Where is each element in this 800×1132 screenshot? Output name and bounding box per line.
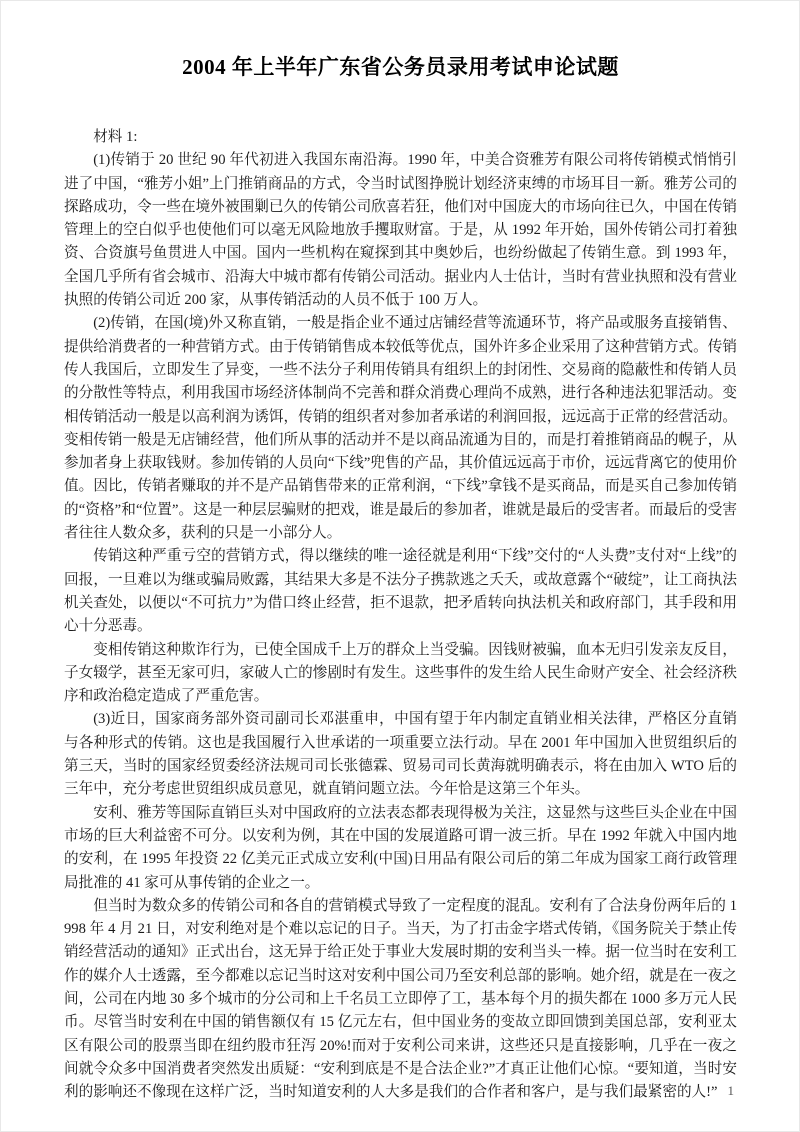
material-paragraph-1: (1)传销于 20 世纪 90 年代初进入我国东南沿海。1990 年，中美合资雅… [64,149,737,312]
document-content: 2004 年上半年广东省公务员录用考试申论试题 材料 1: (1)传销于 20 … [0,52,800,1104]
material-paragraph-3: 传销这种严重亏空的营销方式，得以继续的唯一途径就是利用“下线”交付的“人头费”支… [64,545,737,638]
page-number: 1 [728,1083,735,1099]
material-paragraph-4: 变相传销这种欺诈行为，已使全国成千上万的群众上当受骗。因钱财被骗，血本无归引发亲… [64,639,737,709]
material-paragraph-6: 安利、雅芳等国际直销巨头对中国政府的立法表态都表现得极为关注，这显然与这些巨头企… [64,802,737,895]
material-1-label: 材料 1: [64,126,737,149]
material-paragraph-5: (3)近日，国家商务部外资司副司长邓湛重申，中国有望于年内制定直销业相关法律，严… [64,708,737,801]
document-title: 2004 年上半年广东省公务员录用考试申论试题 [64,52,737,82]
material-paragraph-7: 但当时为数众多的传销公司和各自的营销模式导致了一定程度的混乱。安利有了合法身份两… [64,895,737,1105]
material-paragraph-2: (2)传销，在国(境)外又称直销，一般是指企业不通过店铺经营等流通环节，将产品或… [64,312,737,545]
document-page: 2004 年上半年广东省公务员录用考试申论试题 材料 1: (1)传销于 20 … [0,0,800,1132]
